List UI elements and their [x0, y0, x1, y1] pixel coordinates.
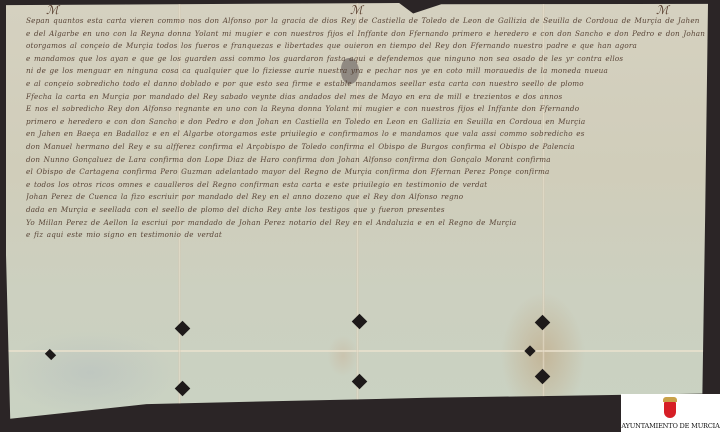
text-line: ni de ge los menguar en ninguna cosa ca … — [26, 65, 706, 78]
seal-hole — [352, 314, 368, 330]
text-line: Sepan quantos esta carta vieren commo no… — [26, 15, 706, 28]
text-line: e fiz aqui este mio signo en testimonio … — [26, 229, 706, 242]
shield-icon — [664, 402, 676, 418]
text-line: e todos los otros ricos omnes e caualler… — [26, 179, 706, 192]
text-line: en Jahen en Baeça en Badalloz e en el Al… — [26, 128, 706, 141]
seal-hole — [352, 374, 368, 390]
text-line: otorgamos al conçeio de Murçia todos los… — [26, 40, 706, 53]
seal-hole — [524, 345, 535, 356]
seal-hole — [535, 369, 551, 385]
text-line: el Obispo de Cartagena confirma Pero Guz… — [26, 166, 706, 179]
text-line: don Nunno Gonçaluez de Lara confirma don… — [26, 154, 706, 167]
text-line: e mandamos que los ayan e que ge los gua… — [26, 53, 706, 66]
text-line: e al conçeio sobredicho todo el danno do… — [26, 78, 706, 91]
charter-text: Sepan quantos esta carta vieren commo no… — [26, 15, 706, 242]
coat-of-arms-icon — [663, 397, 677, 419]
parchment-charter: ℳ ℳ ℳ Sepan quantos esta carta vieren co… — [6, 3, 708, 423]
text-line: Ffecha la carta en Murçia por mandado de… — [26, 91, 706, 104]
ayuntamiento-murcia-logo: AYUNTAMIENTO DE MURCIA — [621, 394, 720, 432]
text-line: primero e heredero e con don Sancho e do… — [26, 116, 706, 129]
document-viewer: ℳ ℳ ℳ Sepan quantos esta carta vieren co… — [0, 0, 720, 432]
text-line: Yo Millan Perez de Aellon la escriui por… — [26, 217, 706, 230]
text-line: E nos el sobredicho Rey don Alfonso regn… — [26, 103, 706, 116]
text-line: dada en Murçia e seellada con el seello … — [26, 204, 706, 217]
text-line: e del Algarbe en uno con la Reyna donna … — [26, 28, 706, 41]
text-line: don Manuel hermano del Rey e su alfferez… — [26, 141, 706, 154]
text-line: Johan Perez de Cuenca la fizo escriuir p… — [26, 191, 706, 204]
seal-hole — [535, 315, 551, 331]
logo-label: AYUNTAMIENTO DE MURCIA — [621, 422, 720, 430]
